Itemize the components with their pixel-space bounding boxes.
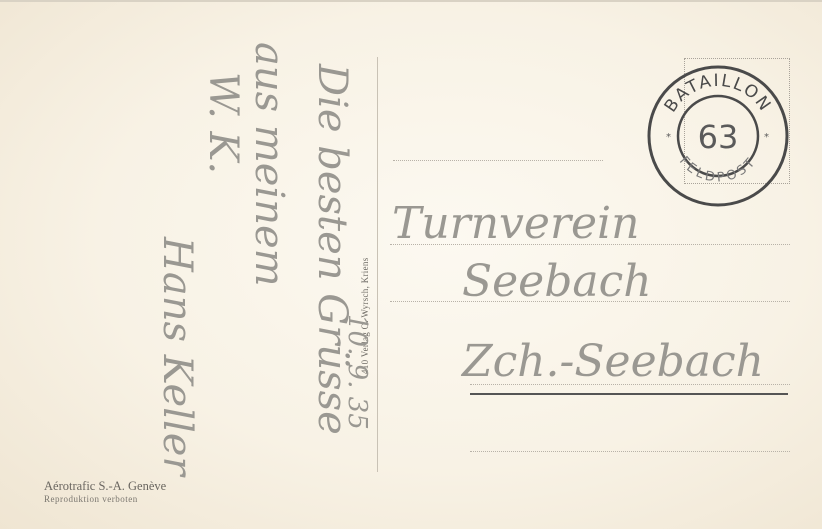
message-date: 10. 9. 35 [342,314,372,430]
address-line-2: Seebach [462,256,652,307]
svg-text:BATAILLON: BATAILLON [661,71,776,116]
postmark-top-text: BATAILLON [661,71,776,116]
credit-line: Aérotrafic S.-A. Genève [44,479,166,494]
svg-text:*: * [666,132,671,143]
address-line-rule-5 [470,451,790,452]
center-divider [377,57,378,472]
address-line-rule-1 [393,160,603,161]
reproduction-notice: Reproduktion verboten [44,494,138,504]
postmark-bottom-text: FELDPOST [676,154,760,186]
svg-text:*: * [764,132,769,143]
svg-text:FELDPOST: FELDPOST [676,154,760,186]
message-signature: Hans Keller [154,237,200,476]
address-line-1: Turnverein [392,198,639,249]
postcard-back: 410 Verlag O. Wyrsch, Kriens Aérotrafic … [0,0,822,529]
postmark-number: 63 [698,118,739,156]
address-underline [470,393,788,395]
message-line-2: aus meinem [246,42,292,287]
address-line-3: Zch.-Seebach [462,336,764,387]
message-line-3: W. K. [200,72,246,174]
postmark-stamp: BATAILLON FELDPOST 63 * * [646,64,790,208]
